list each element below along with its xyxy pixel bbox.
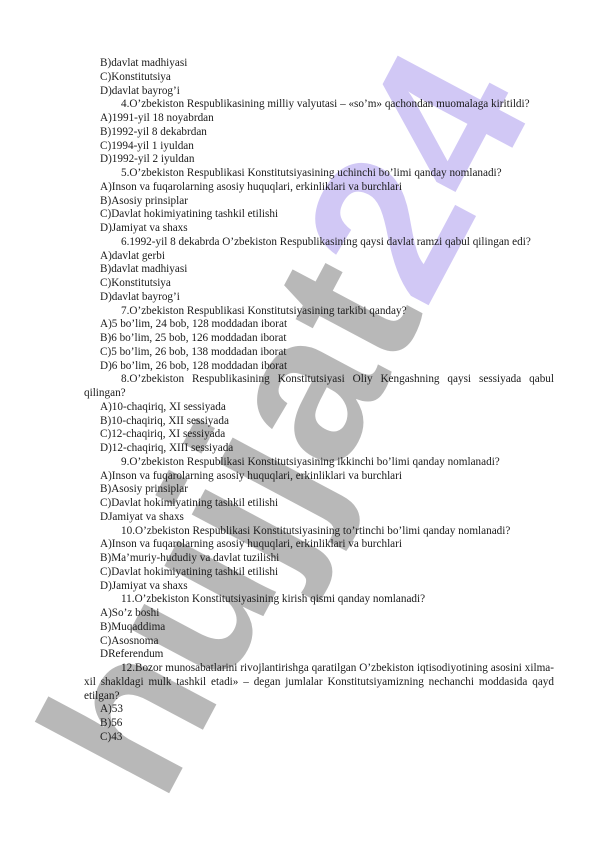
answer-option: D)davlat bayrog’i — [84, 85, 554, 99]
answer-option: D)12-chaqiriq, XIII sessiyada — [84, 442, 554, 456]
answer-option: C)43 — [84, 731, 554, 745]
answer-option: D)6 bo’lim, 26 bob, 128 moddadan iborat — [84, 360, 554, 374]
answer-option: C)Konstitutsiya — [84, 71, 554, 85]
answer-option: B)6 bo’lim, 25 bob, 126 moddadan iborat — [84, 332, 554, 346]
answer-option: B)Asosiy prinsiplar — [84, 195, 554, 209]
question-text: 12.Bozor munosabatlarini rivojlantirishg… — [84, 662, 554, 703]
question-text: 7.O’zbekiston Respublikasi Konstitutsiya… — [84, 305, 554, 319]
answer-option: B)Muqaddima — [84, 621, 554, 635]
quiz-content: B)davlat madhiyasiC)KonstitutsiyaD)davla… — [84, 57, 554, 745]
answer-option: A)53 — [84, 703, 554, 717]
answer-option: C)1994-yil 1 iyuldan — [84, 140, 554, 154]
answer-option: C)Davlat hokimiyatining tashkil etilishi — [84, 208, 554, 222]
question-text: 10.O’zbekiston Respublikasi Konstitutsiy… — [84, 525, 554, 539]
answer-option: A)Inson va fuqarolarning asosiy huquqlar… — [84, 470, 554, 484]
answer-option: C)Asosnoma — [84, 635, 554, 649]
answer-option: A)Inson va fuqarolarning asosiy huquqlar… — [84, 181, 554, 195]
answer-option: D)davlat bayrog’i — [84, 291, 554, 305]
answer-option: B)1992-yil 8 dekabrdan — [84, 126, 554, 140]
answer-option: C)Davlat hokimiyatining tashkil etilishi — [84, 497, 554, 511]
answer-option: A)davlat gerbi — [84, 250, 554, 264]
question-text: 11.O’zbekiston Konstitutsiyasining kiris… — [84, 593, 554, 607]
answer-option: D)1992-yil 2 iyuldan — [84, 153, 554, 167]
question-text: 6.1992-yil 8 dekabrda O’zbekiston Respub… — [84, 236, 554, 250]
answer-option: C)Davlat hokimiyatining tashkil etilishi — [84, 566, 554, 580]
answer-option: B)10-chaqiriq, XII sessiyada — [84, 415, 554, 429]
answer-option: B)davlat madhiyasi — [84, 57, 554, 71]
answer-option: D)Jamiyat va shaxs — [84, 580, 554, 594]
answer-option: DReferendum — [84, 648, 554, 662]
question-text: 5.O’zbekiston Respublikasi Konstitutsiya… — [84, 167, 554, 181]
answer-option: C)Konstitutsiya — [84, 277, 554, 291]
answer-option: C)12-chaqiriq, XI sessiyada — [84, 428, 554, 442]
answer-option: B)56 — [84, 717, 554, 731]
answer-option: A)1991-yil 18 noyabrdan — [84, 112, 554, 126]
document-page: hujjat24 B)davlat madhiyasiC)Konstitutsi… — [0, 0, 596, 842]
answer-option: DJamiyat va shaxs — [84, 511, 554, 525]
answer-option: B)davlat madhiyasi — [84, 263, 554, 277]
answer-option: C)5 bo’lim, 26 bob, 138 moddadan iborat — [84, 346, 554, 360]
answer-option: A)10-chaqiriq, XI sessiyada — [84, 401, 554, 415]
answer-option: B)Asosiy prinsiplar — [84, 483, 554, 497]
answer-option: A)5 bo’lim, 24 bob, 128 moddadan iborat — [84, 318, 554, 332]
question-text: 9.O’zbekiston Respublikasi Konstitutsiya… — [84, 456, 554, 470]
answer-option: B)Ma’muriy-hududiy va davlat tuzilishi — [84, 552, 554, 566]
answer-option: A)So’z boshi — [84, 607, 554, 621]
question-text: 4.O’zbekiston Respublikasining milliy va… — [84, 98, 554, 112]
answer-option: A)Inson va fuqarolarning asosiy huquqlar… — [84, 538, 554, 552]
question-text: 8.O’zbekiston Respublikasining Konstitut… — [84, 373, 554, 401]
answer-option: D)Jamiyat va shaxs — [84, 222, 554, 236]
